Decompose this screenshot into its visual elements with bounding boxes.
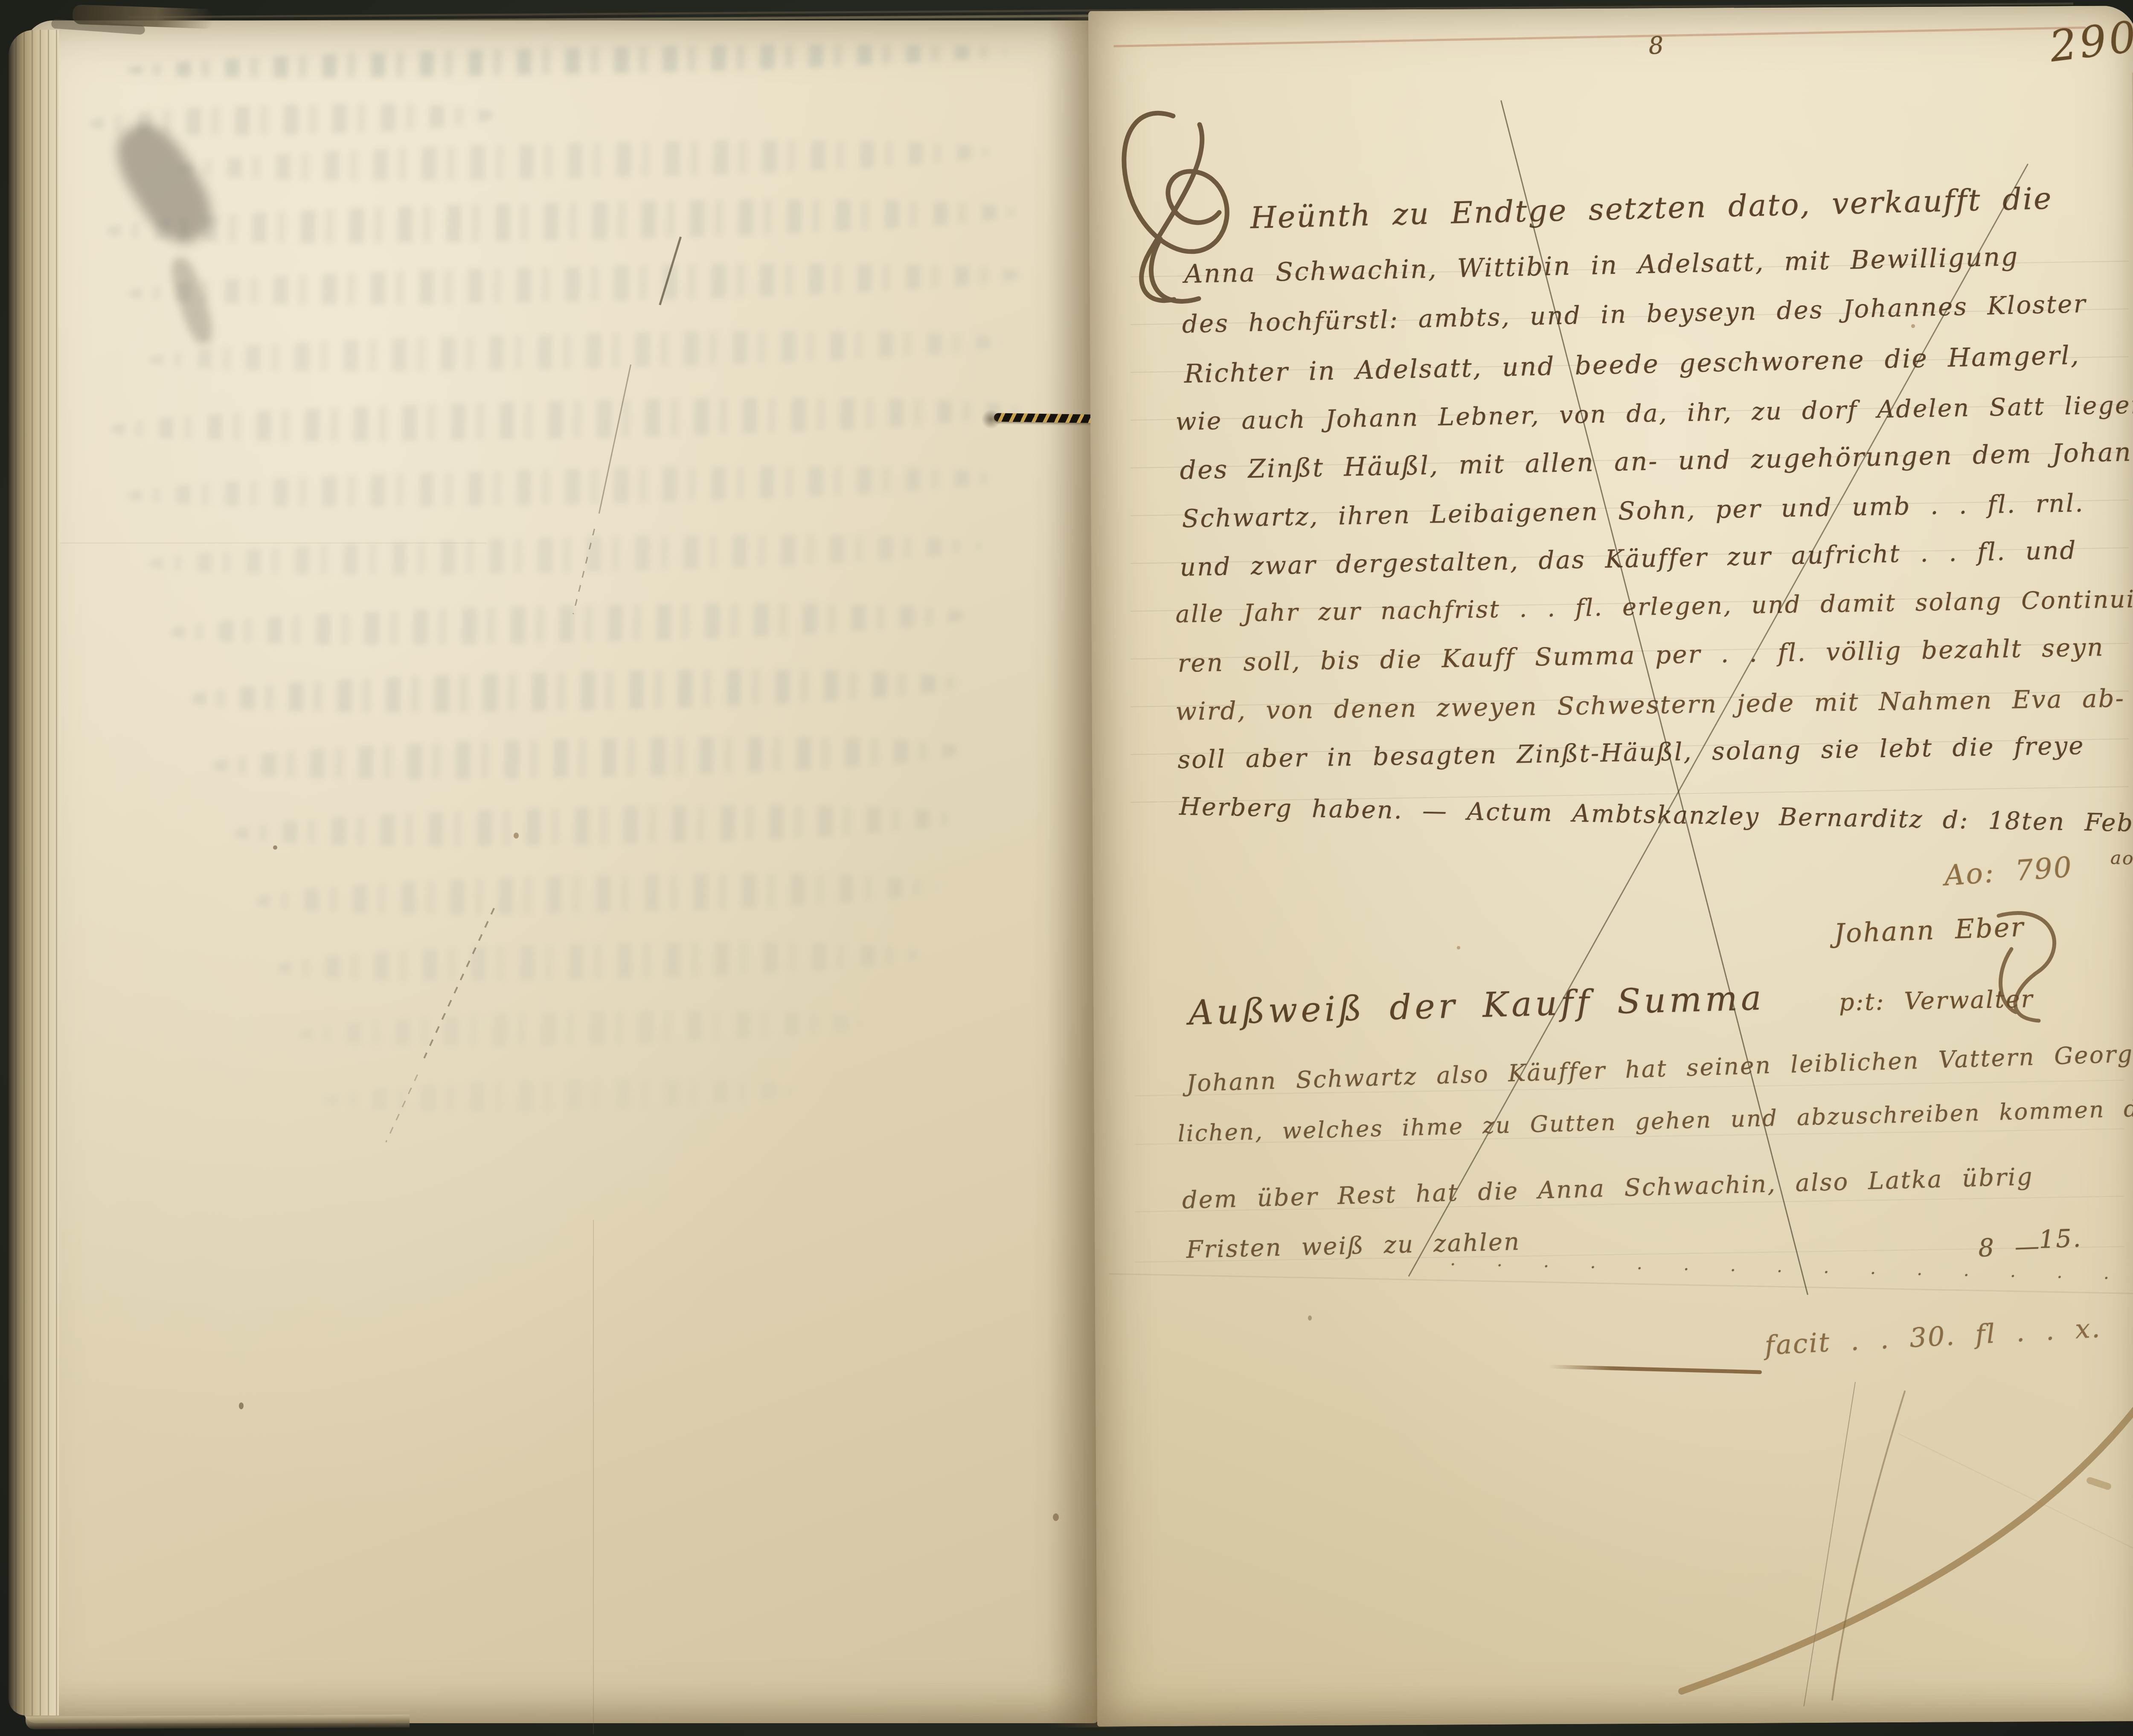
foxing-speck: [1308, 1315, 1312, 1321]
foxing-speck: [1053, 1513, 1059, 1521]
amount-kreuzer: 15.: [2038, 1223, 2083, 1254]
scanned-book-spread: 8 290 Heünth zu Endtge setzten dato, ver…: [0, 0, 2133, 1736]
page-number: 290: [2047, 12, 2133, 72]
foxing-speck: [1457, 946, 1460, 949]
bottom-sheet-stack: [26, 1715, 410, 1730]
page-crease-vertical: [593, 1220, 594, 1734]
thread-hole: [981, 409, 1001, 429]
foxing-speck: [239, 1402, 244, 1409]
foxing-speck: [1911, 324, 1915, 328]
amount-gulden: 8 —: [1978, 1231, 2041, 1263]
page-stack-lines: [9, 30, 59, 1716]
foxing-speck: [273, 845, 277, 850]
folio-mark: 8: [1648, 31, 1666, 60]
closing-flourish: [1664, 1391, 2133, 1715]
initial-flourish: [1109, 98, 1263, 328]
page-crease-horizontal: [60, 543, 486, 543]
signature-paraph: [1986, 898, 2080, 1030]
anno-superscript: ao: [2110, 847, 2133, 869]
foxing-speck: [514, 833, 519, 839]
